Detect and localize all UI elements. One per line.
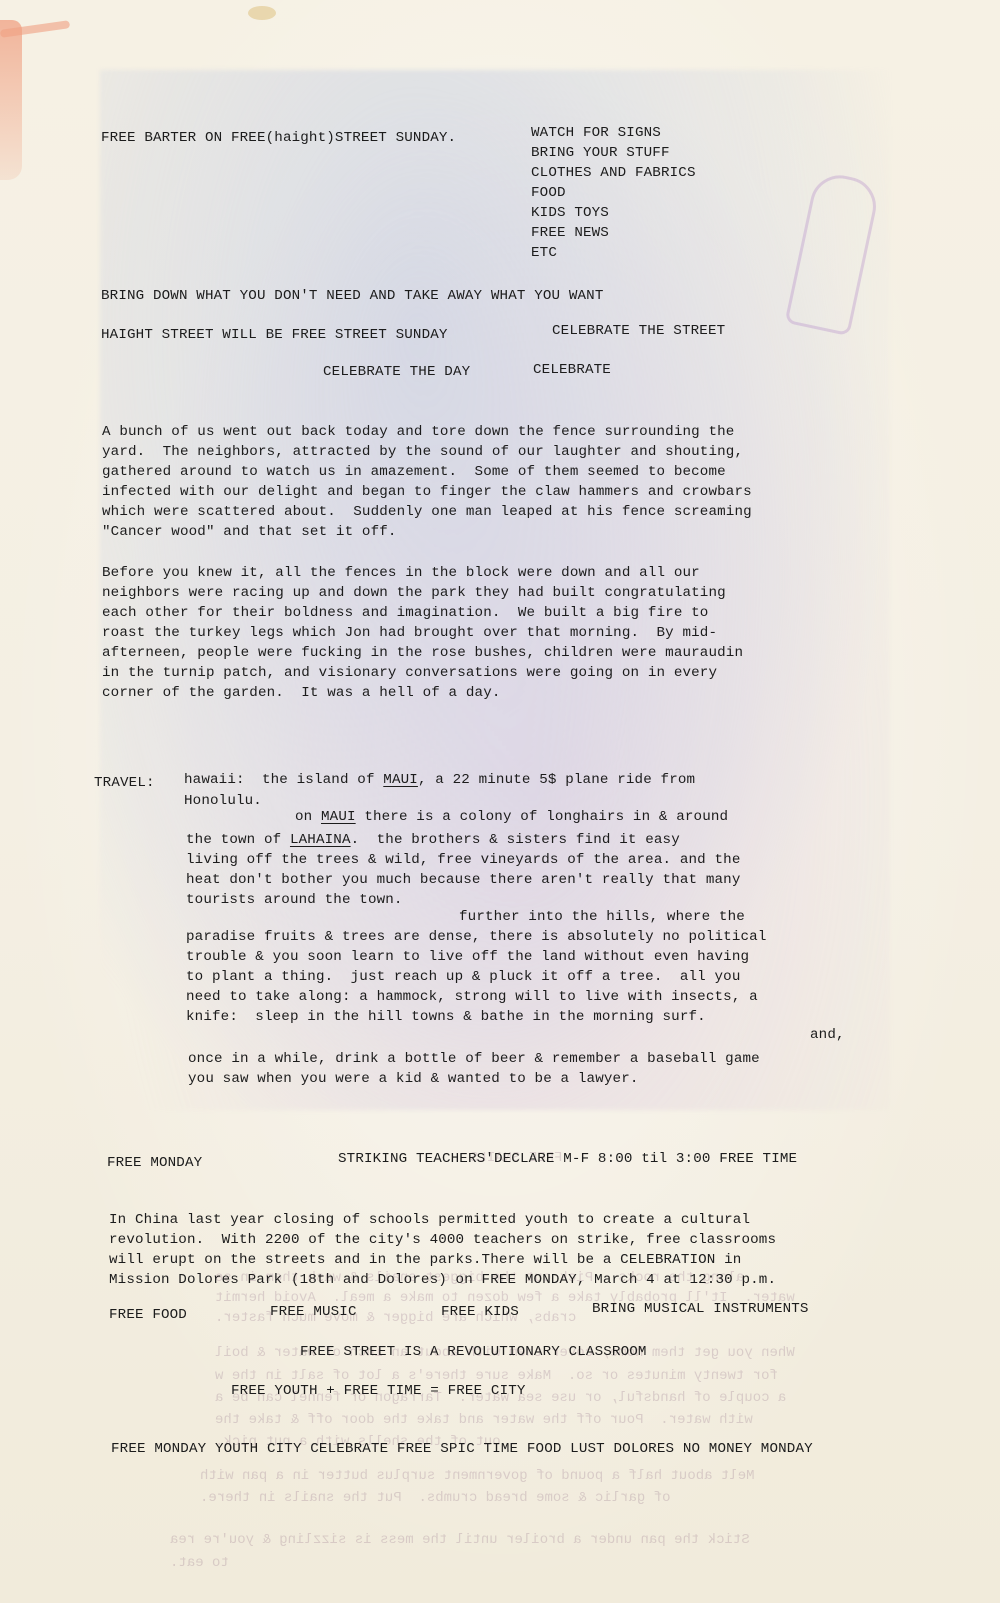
paragraph-line: Mission Dolores Park (18th and Dolores) … bbox=[109, 1273, 776, 1287]
paragraph-line: to plant a thing. just reach up & pluck … bbox=[186, 970, 741, 984]
travel-honolulu: Honolulu. bbox=[184, 794, 262, 808]
text: on bbox=[295, 809, 321, 825]
celebrate: CELEBRATE bbox=[533, 363, 611, 377]
celebrate-day: CELEBRATE THE DAY bbox=[323, 365, 470, 379]
paragraph-line: neighbors were racing up and down the pa… bbox=[102, 586, 726, 600]
offer-item: FREE FOOD bbox=[109, 1308, 187, 1322]
travel-colony: on MAUI there is a colony of longhairs i… bbox=[295, 810, 728, 824]
paragraph-line: Before you knew it, all the fences in th… bbox=[102, 566, 700, 580]
reverse-line: with water. Pour off the water and take … bbox=[215, 1412, 753, 1428]
paragraph-line: heat don't bother you much because there… bbox=[186, 873, 741, 887]
paragraph-line: infected with our delight and began to f… bbox=[102, 485, 752, 499]
barter-list-item: FOOD bbox=[531, 186, 566, 200]
reverse-line: Melt about half a pound of government su… bbox=[200, 1468, 755, 1484]
paragraph-line: gathered around to watch us in amazement… bbox=[102, 465, 726, 479]
paragraph-line: In China last year closing of schools pe… bbox=[109, 1213, 750, 1227]
barter-list-item: FREE NEWS bbox=[531, 226, 609, 240]
text: there is a colony of longhairs in & arou… bbox=[356, 809, 729, 825]
reverse-line: Stick the pan under a broiler until the … bbox=[170, 1532, 750, 1548]
paragraph-line: living off the trees & wild, free vineya… bbox=[186, 853, 741, 867]
paragraph-line: A bunch of us went out back today and to… bbox=[102, 425, 734, 439]
paragraph-line: roast the turkey legs which Jon had brou… bbox=[102, 626, 717, 640]
barter-list-item: ETC bbox=[531, 246, 557, 260]
bring-down-line: BRING DOWN WHAT YOU DON'T NEED AND TAKE … bbox=[101, 289, 604, 303]
paragraph-line: will erupt on the streets and in the par… bbox=[109, 1253, 741, 1267]
paragraph-line: each other for their boldness and imagin… bbox=[102, 606, 708, 620]
celebrate-street: CELEBRATE THE STREET bbox=[552, 324, 725, 338]
equation-line: FREE YOUTH + FREE TIME = FREE CITY bbox=[231, 1384, 526, 1398]
paper-stain bbox=[0, 20, 22, 180]
barter-list-item: KIDS TOYS bbox=[531, 206, 609, 220]
paragraph-line: afterneen, people were fucking in the ro… bbox=[102, 646, 743, 660]
barter-list-item: BRING YOUR STUFF bbox=[531, 146, 670, 160]
paragraph-line: "Cancer wood" and that set it off. bbox=[102, 525, 397, 539]
text: the town of bbox=[186, 832, 290, 848]
paragraph-line: tourists around the town. bbox=[186, 893, 403, 907]
paper-stain bbox=[248, 6, 276, 20]
barter-list-item: CLOTHES AND FABRICS bbox=[531, 166, 696, 180]
paragraph-line: you saw when you were a kid & wanted to … bbox=[188, 1072, 639, 1086]
paragraph-line: knife: sleep in the hill towns & bathe i… bbox=[186, 1010, 706, 1024]
offer-item: FREE KIDS bbox=[441, 1305, 519, 1319]
reverse-line: for twenty minutes or so. Make sure ther… bbox=[215, 1368, 778, 1384]
paragraph-line: corner of the garden. It was a hell of a… bbox=[102, 686, 501, 700]
free-monday-label: FREE MONDAY bbox=[107, 1156, 202, 1170]
travel-town: the town of LAHAINA. the brothers & sist… bbox=[186, 833, 680, 847]
paragraph-line: yard. The neighbors, attracted by the so… bbox=[102, 445, 743, 459]
classroom-line: FREE STREET IS A REVOLUTIONARY CLASSROOM bbox=[300, 1345, 647, 1359]
barter-headline: FREE BARTER ON FREE(haight)STREET SUNDAY… bbox=[101, 131, 456, 145]
text: . the brothers & sisters find it easy bbox=[351, 832, 680, 848]
lahaina-underlined: LAHAINA bbox=[290, 832, 351, 848]
paragraph-line: and, bbox=[810, 1028, 845, 1042]
striking-teachers-headline: STRIKING TEACHERS'DECLARE M-F 8:00 til 3… bbox=[338, 1152, 797, 1166]
travel-intro-rest: , a 22 minute 5$ plane ride from bbox=[418, 772, 695, 788]
reverse-line: of garlic & some bread crumbs. Put the s… bbox=[200, 1490, 670, 1506]
paragraph-line: further into the hills, where the bbox=[459, 910, 745, 924]
haight-free-line: HAIGHT STREET WILL BE FREE STREET SUNDAY bbox=[101, 328, 448, 342]
paragraph-line: which were scattered about. Suddenly one… bbox=[102, 505, 752, 519]
paragraph-line: trouble & you soon learn to live off the… bbox=[186, 950, 749, 964]
reverse-line: to eat. bbox=[170, 1555, 229, 1571]
offer-item: FREE MUSIC bbox=[270, 1305, 357, 1319]
paragraph-line: once in a while, drink a bottle of beer … bbox=[188, 1052, 760, 1066]
maui-underlined: MAUI bbox=[321, 809, 356, 825]
travel-intro-text: hawaii: the island of bbox=[184, 772, 383, 788]
travel-intro: hawaii: the island of MAUI, a 22 minute … bbox=[184, 773, 695, 787]
paragraph-line: revolution. With 2200 of the city's 4000… bbox=[109, 1233, 776, 1247]
paragraph-line: paradise fruits & trees are dense, there… bbox=[186, 930, 766, 944]
maui-underlined: MAUI bbox=[383, 772, 418, 788]
offer-item: BRING MUSICAL INSTRUMENTS bbox=[592, 1302, 809, 1316]
paragraph-line: in the turnip patch, and visionary conve… bbox=[102, 666, 717, 680]
paragraph-line: need to take along: a hammock, strong wi… bbox=[186, 990, 758, 1004]
closing-line: FREE MONDAY YOUTH CITY CELEBRATE FREE SP… bbox=[111, 1442, 813, 1456]
barter-list-item: WATCH FOR SIGNS bbox=[531, 126, 661, 140]
travel-label: TRAVEL: bbox=[94, 776, 155, 790]
